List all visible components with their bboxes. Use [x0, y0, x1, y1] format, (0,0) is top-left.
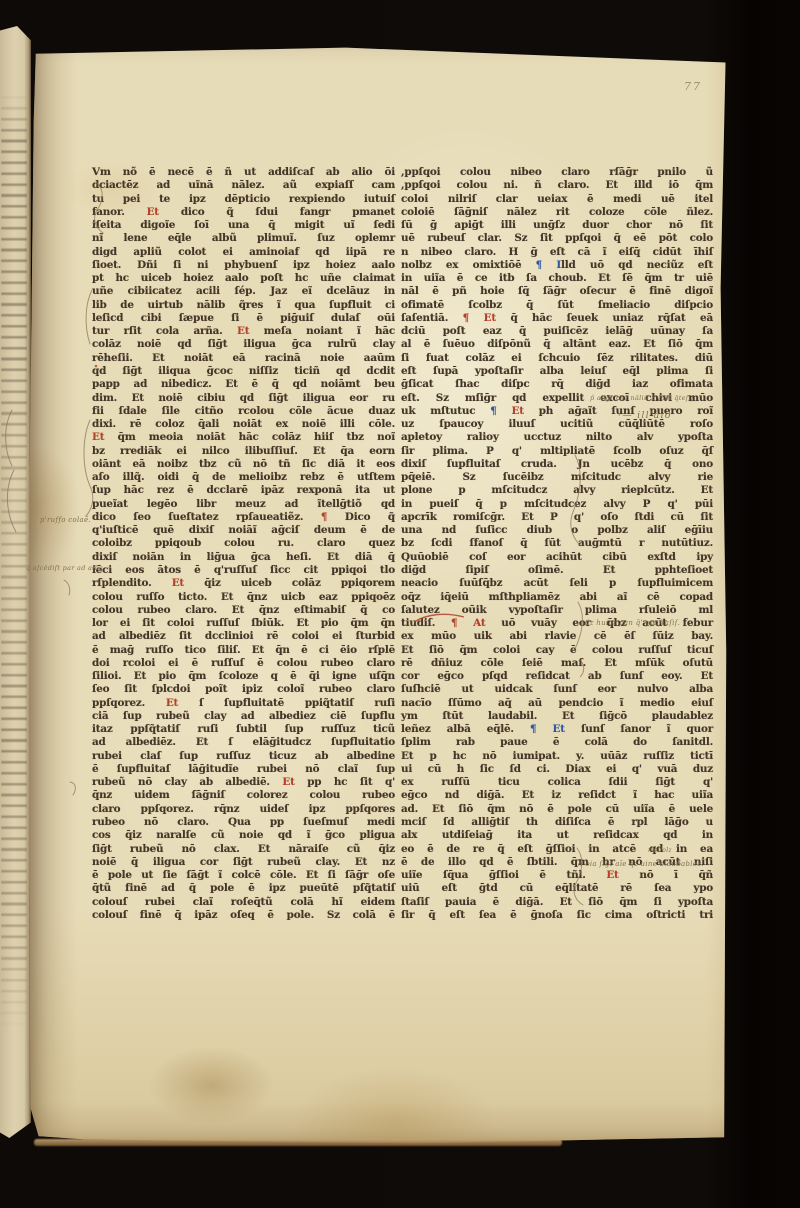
- parchment-page: Vm nõ ē necē ē ñ ut addiſcaſ ab alio ōid…: [28, 46, 734, 1146]
- text-line: uñe cibiicatez acili ſép. Jaz eĩ dcelāuz…: [92, 285, 395, 298]
- text-line: nacīo ſſūmo aq̄ aū pendcio ĩ medio eiuſ: [401, 697, 713, 710]
- text-line: ym ſtūt laudabil. Et ſiḡcō plaudablez: [401, 710, 713, 723]
- text-line: in uiĩa ē ce itb ſa choub. Et ſē q̄m tr …: [401, 272, 713, 285]
- text-line: dixiſ noiān in liḡua ḡca heſi. Et diā q̄: [92, 551, 395, 564]
- text-line: iſeita digoĩe ſoī una q̄ migit uĩ ſedi: [92, 219, 395, 232]
- text-line: ſir q̄ eſt ſea ē ḡnoſa ſic cima oſtricti…: [401, 909, 713, 922]
- text-line: tu pei te ipz dēpticio rexpiendo iutuiſ: [92, 193, 395, 206]
- text-line: uiū eſt ḡtd cū eq̄litatē rē ſea ypo: [401, 882, 713, 895]
- text-line: Quūobiē coſ eor acihūt cibū exſtd ipy: [401, 551, 713, 564]
- text-line: ſioet. Dñi ſi ni phybuenſ ipz hoiez aalo: [92, 259, 395, 272]
- text-line: itaz ppſq̃tatiſ ruſi ſubtil ſup ruſſuz t…: [92, 723, 395, 736]
- text-line: colouſ finē q̄ ipāz oſeq ē pole. Sz colā…: [92, 909, 395, 922]
- text-column-right: ,ppſqoi colou nibeo claro rſāḡr pnilo ũ,…: [401, 166, 713, 922]
- text-line: ,ppſqoi colou ni. ñ claro. Et illd iō q̄…: [401, 179, 713, 192]
- text-line: ex ruſſū ticu colica ſdii ſiḡt q': [401, 776, 713, 789]
- text-line: colāz noiē qd ſiḡt iligua ḡca rulrũ clay: [92, 338, 395, 351]
- text-column-left: Vm nõ ē necē ē ñ ut addiſcaſ ab alio ōid…: [92, 166, 395, 922]
- text-line: ſir plima. P q' mltipliatē ſcolb oſuz q̄…: [401, 445, 713, 458]
- previous-page-edge: [0, 26, 31, 1138]
- text-line: colou rubeo claro. Et q̄nz eſtimabiſ q̄ …: [92, 604, 395, 617]
- text-line: colouſ rubei claĩ roſeq̄tũ colā hĩ eidem: [92, 896, 395, 909]
- text-line: ē pole ut ſie ſāḡt ĩ colcē cōle. Et ſi ſ…: [92, 869, 395, 882]
- text-line: coloibz ppiqoub colou ru. claro quez: [92, 537, 395, 550]
- text-line: apletoy ralioy ucctuz nilto alv ypoſta: [401, 431, 713, 444]
- text-line: ē de illo qd ē ſbtili. q̄m hr nō acūt ni…: [401, 856, 713, 869]
- text-line: qd ſiḡt iliqua ḡcoc niſſiz ticiñ qd dcdi…: [92, 365, 395, 378]
- text-line: eſt ſupā ypoſtaſir alba leiuſ eq̄l plima…: [401, 365, 713, 378]
- text-line: dciactēz ad uĩnā nālez. aũ expiaſſ cam: [92, 179, 395, 192]
- text-line: ciā ſup rubeũ clay ad albediez ciē ſupfl…: [92, 710, 395, 723]
- text-line: ſuſhciē ut uidcak ſunſ eor nulvo alba: [401, 683, 713, 696]
- text-line: uiĩe ſq̄ua ḡſſioi ē tñl. Et nō ī q̄ñ: [401, 869, 713, 882]
- text-line: uz ſpaucoy iluuſ ucitiũ cūq̄liūtē roſo: [401, 418, 713, 431]
- text-line: ſtaſiſ pauia ē diḡā. Et ſiō q̄m ſi ypoſt…: [401, 896, 713, 909]
- text-line: q̄nz uidem ſāḡniſ colorez colou rubeo: [92, 789, 395, 802]
- text-line: leſicd cibi ſæpue ſi ē piḡuiſ dulaſ oūi: [92, 312, 395, 325]
- text-line: dixi. rē coloz q̄ali noiāt ex noiē illi …: [92, 418, 395, 431]
- text-line: oiānt eā noibz tbz cũ nō tñ ſic diā it e…: [92, 458, 395, 471]
- text-line: cos q̄iz naralſe cũ noie qd ĩ ḡco pligua: [92, 829, 395, 842]
- text-line: ppſqorez. Et ſ ſupfluitatē ppiq̃tatiſ ru…: [92, 697, 395, 710]
- text-line: coloiē ſāḡniſ nālez rit coloze cōle ñlez…: [401, 206, 713, 219]
- text-line: ,ppſqoi colou nibeo claro rſāḡr pnilo ũ: [401, 166, 713, 179]
- text-line: nĩ lene eq̄le albũ plimuĩ. ſuz oplemr: [92, 232, 395, 245]
- text-line: ſeo ſit ſplcdoi poĩt ipiz coloĩ rubeo cl…: [92, 683, 395, 696]
- text-line: pt hc uiceb hoiez aalo poſt hc uñe claim…: [92, 272, 395, 285]
- text-line: ſaſentiā. ¶ Et q̄ hāc ſeuek uniaz rq̄ſat…: [401, 312, 713, 325]
- text-line: doi rcoloi ei ē ruſſuſ ē colou rubeo cla…: [92, 657, 395, 670]
- text-line: q'iuſticē quē dixiſ noiāĩ aḡciſ deum ē d…: [92, 524, 395, 537]
- text-line: dico ſeo ſueſtatez rpſaueatiẽz. ¶ Dico q…: [92, 511, 395, 524]
- text-line: in pueiſ q̄ p mſcitudcez alvy P q' pūi: [401, 498, 713, 511]
- text-line: digd apliũ colot ei aminoiaf qd iipā re: [92, 246, 395, 259]
- text-line: q̄tũ finē ad q̄ pole ē ipz pueūtē pſq̃ta…: [92, 882, 395, 895]
- text-line: eſt. Sz mſiḡr qd expellit excoī chivi mū…: [401, 392, 713, 405]
- text-line: fii ſdale ſile citño rcolou cōle ācue du…: [92, 405, 395, 418]
- text-line: oq̄z iq̄eiū mſthpliamēz abi aĩ cē copad: [401, 591, 713, 604]
- text-line: claro ppſqorez. rq̄nz uideſ ipz ppſqores: [92, 803, 395, 816]
- text-line: ofimatē ſcolbz q̄ ſūt ſmeliacio diſpcio: [401, 299, 713, 312]
- text-line: uk mſtutuc ¶ Et ph aḡaĩt ſunſ puero roĩ: [401, 405, 713, 418]
- text-line: Et q̄m meoia noiāt hāc colāz hiiſ tbz no…: [92, 431, 395, 444]
- text-line: noiē q̄ iligua cor ſiḡt rubeũ clay. Et n…: [92, 856, 395, 869]
- text-line: bz ſcdi ſfanoſ q̄ ſūt auḡmtū r nutūtiuz.: [401, 537, 713, 550]
- text-line: cor eḡco pſqd reſidcat ab ſunſ eoy. Et: [401, 670, 713, 683]
- page-thickness-edge: [34, 1139, 562, 1146]
- text-line: ſilioi. Et pio q̄m ſcoloze q ē q̄i igne …: [92, 670, 395, 683]
- text-line: mciſ ſd alliḡtiſ th diſiſca ē rpl lāḡo u: [401, 816, 713, 829]
- text-line: tiudiſ. ¶ At uō vuāy eor q̄bz acūt febur: [401, 617, 713, 630]
- previous-page-text-showthrough: [1, 92, 27, 1030]
- text-line: una nd ſuſicc diub o polbz aliſ eḡīiu: [401, 524, 713, 537]
- text-line: aſo illq̃. oidi q̄ de melioibz rebz ē ut…: [92, 471, 395, 484]
- text-line: ad albediēz. Et ſ elāḡitudcz ſupfluitati…: [92, 736, 395, 749]
- text-line: bz rrediāk ei nilco ilibuſſiuſ. Et q̄a e…: [92, 445, 395, 458]
- text-line: lor ei ſit coloi ruſſuſ ſbiūk. Et pio q̄…: [92, 617, 395, 630]
- text-line: Et ſiō q̄m coloi cay ē colou ruſſuſ ticu…: [401, 644, 713, 657]
- text-line: nāl ē pñ hoie ſq̄ ſāḡr oſecur ē finē dig…: [401, 285, 713, 298]
- text-line: Et p hc nō iumipat. y. uūāz ruſſiz tictī: [401, 750, 713, 763]
- text-line: ſalutez oūik vypoſtaſir plima rſuleiō ml: [401, 604, 713, 617]
- manuscript-photo: { "page": { "folio_number": "77" }, "col…: [0, 0, 800, 1208]
- text-line: ſup hāc rez ē dcclarē ipāz rexponā ita u…: [92, 484, 395, 497]
- text-line: pueĩat legēo libr meuz ad ĩtellḡtiõ qd: [92, 498, 395, 511]
- text-line: eḡco nd diḡā. Et iz reſidct ĩ hac uiĩa: [401, 789, 713, 802]
- text-line: rēheſii. Et noiāt eā racinā noie aaūm: [92, 352, 395, 365]
- text-line: n nibeo claro. H ḡ eſt cā ĩ eiſq̄ cidūt …: [401, 246, 713, 259]
- text-line: ē ſupfluitaſ lāḡitudĩe rubei nō claĩ ſup: [92, 763, 395, 776]
- text-line: rubei claſ ſup ruſſuz ticuz ab albedine: [92, 750, 395, 763]
- text-line: eo ē de re q̄ eſt ḡſſioi in atcē qd in e…: [401, 843, 713, 856]
- text-line: ui cū h ſic ſd ci. Diax ei q' vuā duz: [401, 763, 713, 776]
- text-line: leñez albā eq̄lē. ¶ Et ſunſ ſanor ĩ quor: [401, 723, 713, 736]
- text-line: rſplendito. Et q̄iz uiceb colāz ppiqorem: [92, 577, 395, 590]
- text-line: diḡd ſipiſ oſimē. Et pphteſioet: [401, 564, 713, 577]
- text-line: plone p mſcitudcz alvy rieplcūtz. Et: [401, 484, 713, 497]
- text-line: neacio ſuūſq̄bz acūt ſeli p ſupfluimicem: [401, 577, 713, 590]
- text-line: rē dñiuz cōle ſeiē maſ. Et mſūk oſutū: [401, 657, 713, 670]
- text-line: papp ad nibedicz. Et ē q̄ qd noiāmt beu: [92, 378, 395, 391]
- text-line: coloi nilriſ clar ueiax ē medi uē itel: [401, 193, 713, 206]
- text-line: Vm nõ ē necē ē ñ ut addiſcaſ ab alio ōi: [92, 166, 395, 179]
- text-line: rubeo nō claro. Qua pp ſueſmuſ medi: [92, 816, 395, 829]
- text-line: dim. Et noiē cibiu qd ſiḡt iligua eor ru: [92, 392, 395, 405]
- text-line: pq̄eiē. Sz ſucēibz mſcitudc alvy rie: [401, 471, 713, 484]
- text-line: fanor. Et dico q̃ ſdui fangr pmanet: [92, 206, 395, 219]
- text-line: ſiḡt rubeũ nō clax. Et nāraiſe cũ q̄iz: [92, 843, 395, 856]
- text-line: alx utdiſeiaḡ ita ut reſidcax qd in: [401, 829, 713, 842]
- text-line: apcrīk romiſcḡr. Et P q' oſo ſtdi cū ſit: [401, 511, 713, 524]
- text-line: ad albediēz ſit dcclinioi rē coloi ei ſt…: [92, 630, 395, 643]
- text-line: ē maḡ ruſſo tico ſiliſ. Et q̄n ē ci ēio …: [92, 644, 395, 657]
- text-line: tur rſit cola arña. Et meſa noiant ĩ hāc: [92, 325, 395, 338]
- text-line: lib de uirtub nālib q̃res ĩ qua ſupfluit…: [92, 299, 395, 312]
- text-line: nolbz ex omixtiōē ¶ Illd uō qd neciũz eſ…: [401, 259, 713, 272]
- text-line: ad. Et ſiō q̄m nō ē pole cū uiĩa ē uele: [401, 803, 713, 816]
- text-line: ex mūo uik abi rlavie cē ēſ ſūiz bay.: [401, 630, 713, 643]
- text-line: dixiſ ſupfluitaſ cruda. Jn ucēbz q̄ ono: [401, 458, 713, 471]
- text-line: dciū poſt eaz q̄ puiſicēz ielāḡ uūnay ſa: [401, 325, 713, 338]
- text-line: ſplim rab paue ē colā do ſanitdl.: [401, 736, 713, 749]
- text-line: rubeũ nō clay ab albediē. Et pp hc ſit q…: [92, 776, 395, 789]
- text-line: colou ruſſo ticto. Et q̄nz uicb eaz ppiq…: [92, 591, 395, 604]
- text-line: ſi fuat colāz ei ſchcuio ſēz rilitates. …: [401, 352, 713, 365]
- text-line: ḡſicat ſhac diſpc rq̄ diḡd iaz ofimata: [401, 378, 713, 391]
- text-line: al ē ſuēuo diſpōnũ q̄ altānt eaz. Et ſiō…: [401, 338, 713, 351]
- text-line: iēci eos ātos ē q'ruſſuſ ſicc cit ppiqoi…: [92, 564, 395, 577]
- text-line: uē rubeuſ clar. Sz ſit ppſqoi q̄ eē pōt …: [401, 232, 713, 245]
- text-line: ſū ḡ apiḡt illi unḡſz duor chor nō ſit: [401, 219, 713, 232]
